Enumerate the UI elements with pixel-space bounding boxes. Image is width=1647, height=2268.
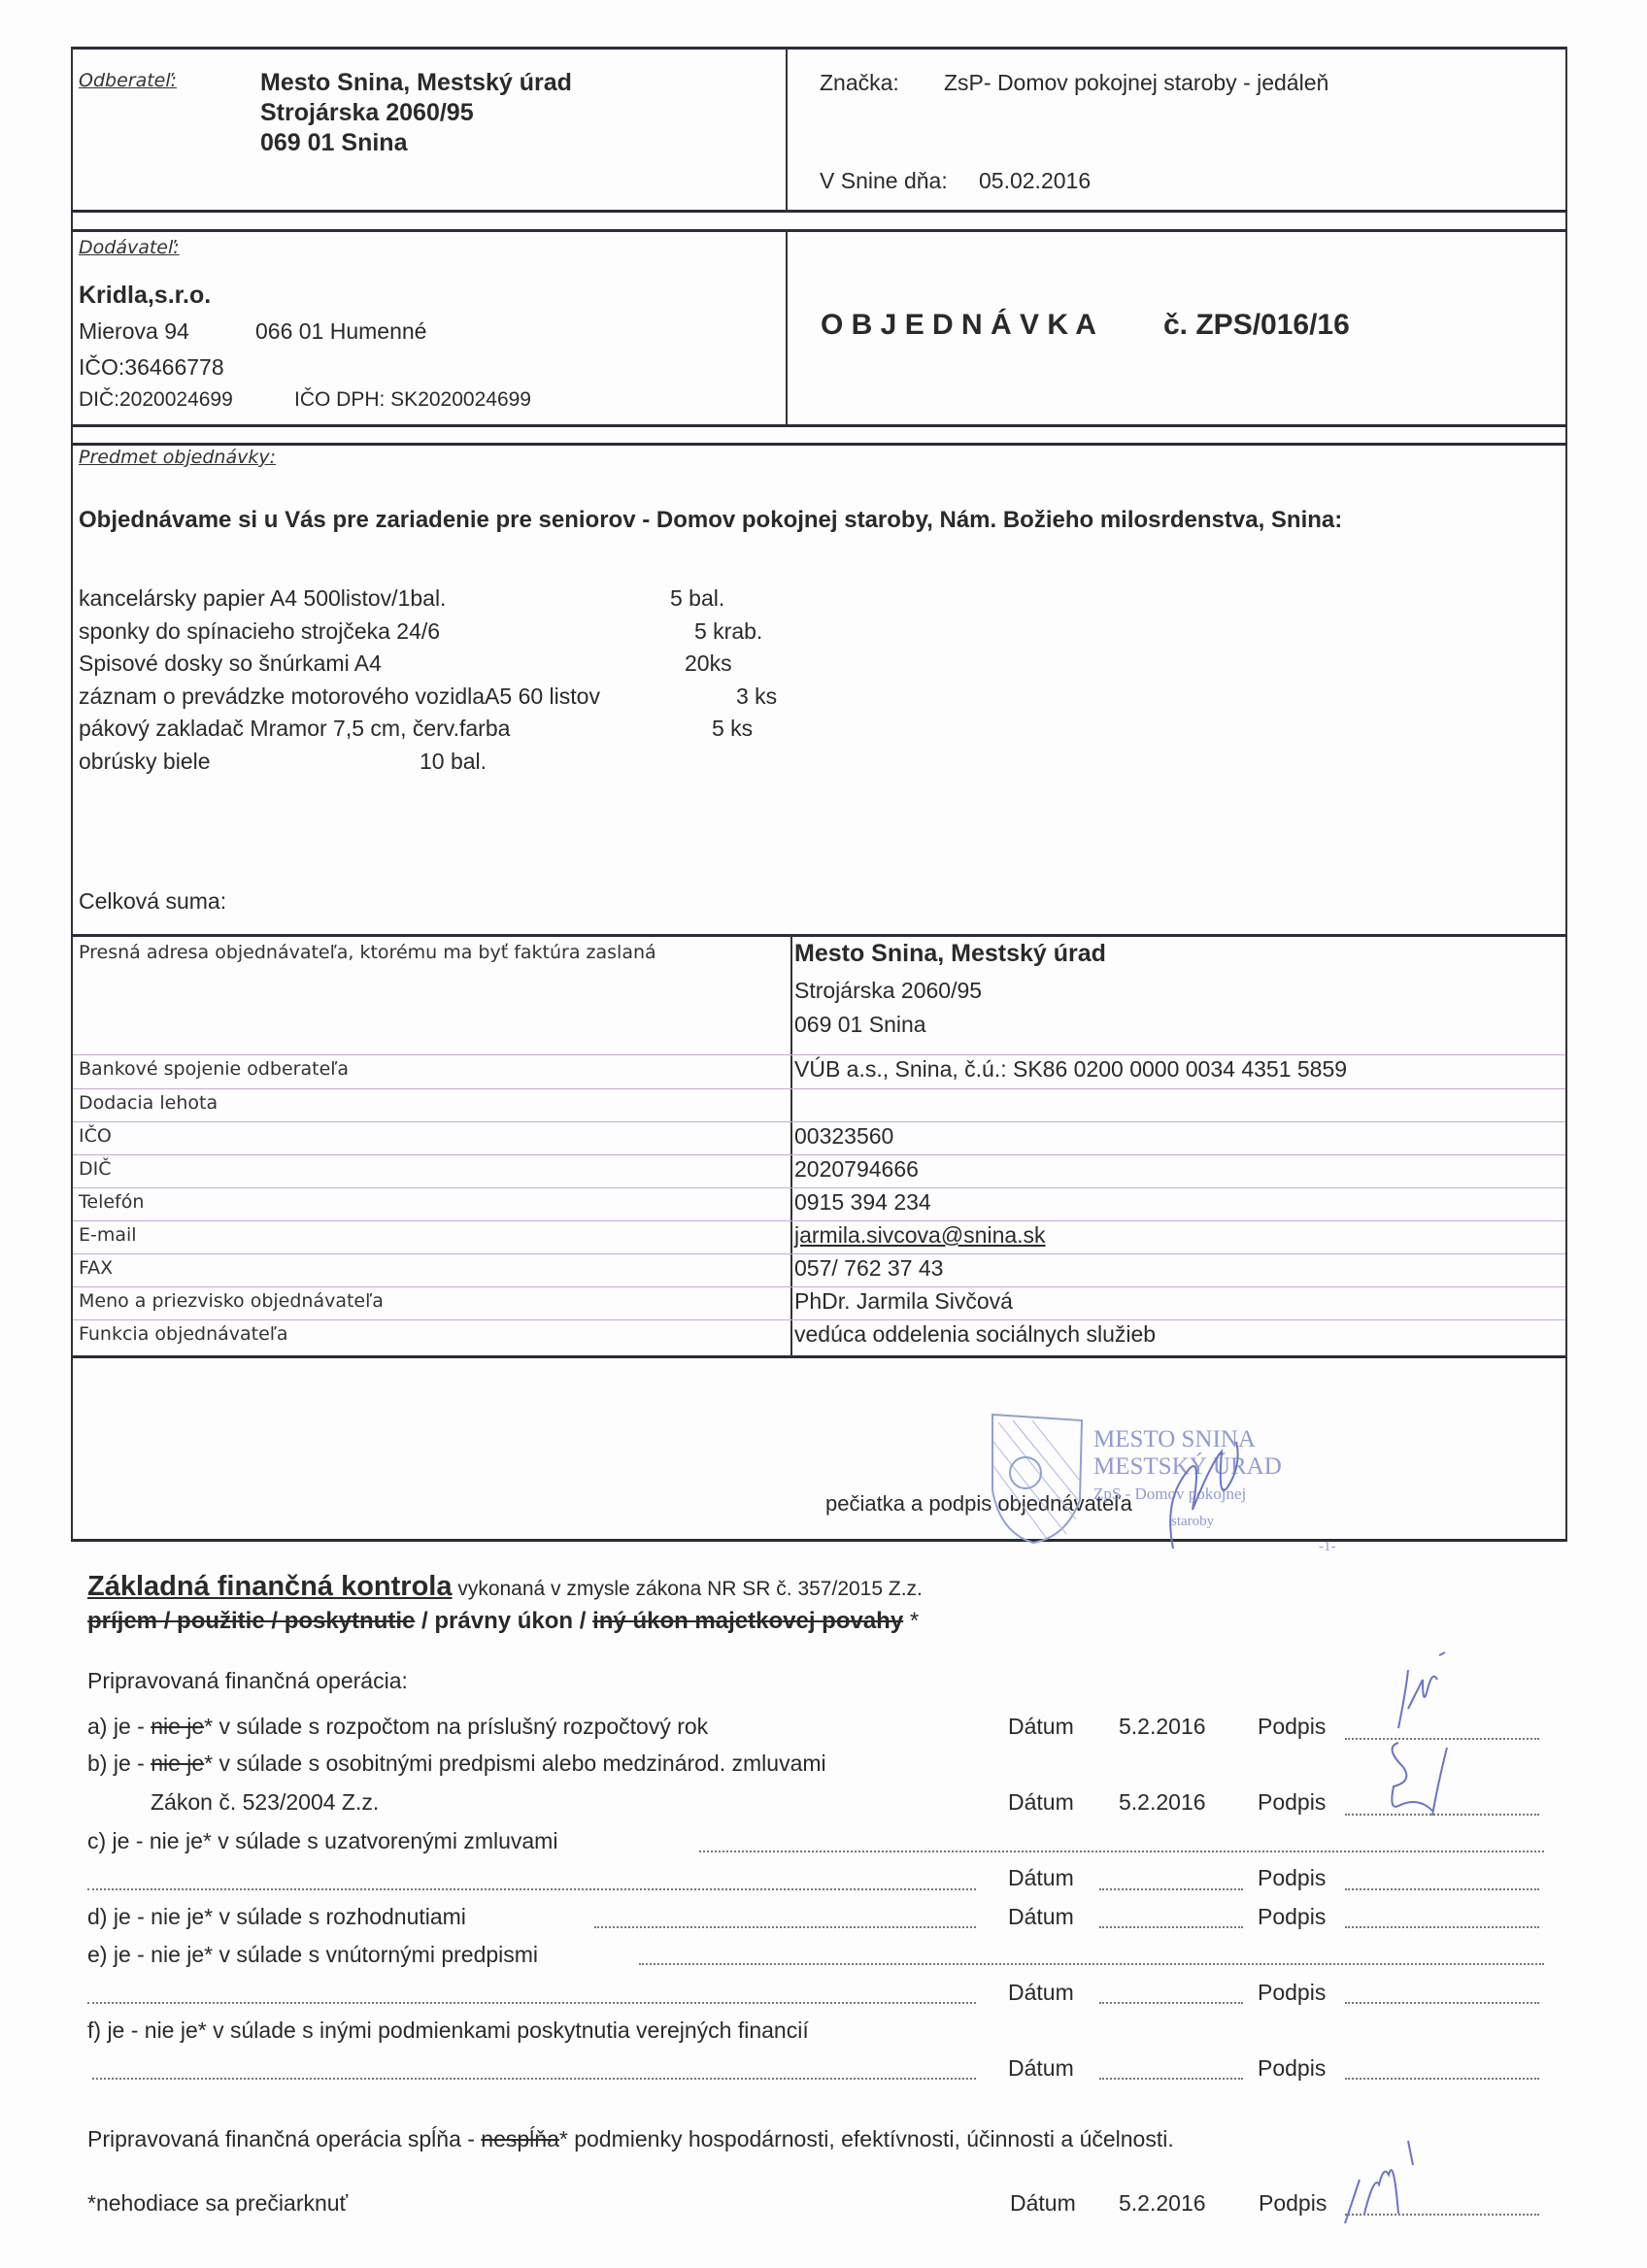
sign-label-b: Podpis xyxy=(1258,1789,1326,1816)
sign-label-d: Podpis xyxy=(1258,1904,1326,1930)
signature-icon xyxy=(1379,1738,1466,1825)
detail-value: vedúca oddelenia sociálnych služieb xyxy=(794,1321,1156,1348)
struck-text: nespĺňa xyxy=(481,2126,559,2151)
item-name: obrúsky biele xyxy=(79,749,211,775)
supplier-label: Dodávateľ: xyxy=(79,237,180,258)
control-item-f: f) je - nie je* v súlade s inými podmien… xyxy=(87,2018,809,2044)
sign-label-final: Podpis xyxy=(1259,2190,1327,2217)
item-quantity: 3 ks xyxy=(736,684,777,710)
struck-text: nie je xyxy=(151,1714,204,1739)
control-item-a: a) je - nie je* v súlade s rozpočtom na … xyxy=(87,1714,708,1740)
detail-value[interactable]: jarmila.sivcova@snina.sk xyxy=(794,1222,1046,1249)
signature-icon xyxy=(1154,1422,1270,1568)
struck-text: príjem / použitie / poskytnutie xyxy=(87,1608,415,1634)
item-text: * v súlade s osobitnými predpismi alebo … xyxy=(204,1751,825,1776)
sign-label-c: Podpis xyxy=(1258,1865,1326,1891)
item-name: Spisové dosky so šnúrkami A4 xyxy=(79,650,382,677)
item-name: pákový zakladač Mramor 7,5 cm, červ.farb… xyxy=(79,716,510,742)
total-label: Celková suma: xyxy=(79,888,226,915)
item-quantity: 5 bal. xyxy=(670,585,724,612)
date-label-final: Dátum xyxy=(1010,2190,1076,2217)
control-item-b: b) je - nie je* v súlade s osobitnými pr… xyxy=(87,1751,826,1777)
date-label-a: Dátum xyxy=(1008,1714,1074,1740)
control-item-b-law: Zákon č. 523/2004 Z.z. xyxy=(151,1789,379,1816)
control-item-e: e) je - nie je* v súlade s vnútornými pr… xyxy=(87,1942,538,1968)
control-item-d: d) je - nie je* v súlade s rozhodnutiami xyxy=(87,1904,466,1930)
signature-field-e[interactable] xyxy=(1345,2002,1539,2004)
invoice-city: 069 01 Snina xyxy=(794,1012,926,1038)
control-title: Základná finančná kontrola xyxy=(87,1571,452,1602)
control-heading: Základná finančná kontrola vykonaná v zm… xyxy=(87,1571,923,1603)
item-name: kancelársky papier A4 500listov/1bal. xyxy=(79,585,446,612)
supplier-dic: DIČ:2020024699 xyxy=(79,388,233,412)
detail-label: Dodacia lehota xyxy=(79,1092,218,1114)
signature-icon xyxy=(1379,1651,1466,1748)
customer-label: Odberateľ: xyxy=(79,70,177,91)
sign-label-a: Podpis xyxy=(1258,1714,1326,1740)
legal-act-text: / právny úkon / xyxy=(415,1608,592,1634)
item-name: sponky do spínacieho strojčeka 24/6 xyxy=(79,618,440,645)
subject-intro: Objednávame si u Vás pre zariadenie pre … xyxy=(79,507,1342,534)
item-prefix: a) je - xyxy=(87,1714,151,1739)
control-e-field-2[interactable] xyxy=(87,2002,976,2004)
final-statement: Pripravovaná finančná operácia spĺňa - n… xyxy=(87,2126,1174,2152)
date-field-f[interactable] xyxy=(1099,2078,1243,2080)
item-text: * v súlade s rozpočtom na príslušný rozp… xyxy=(204,1714,708,1739)
control-f-field[interactable] xyxy=(92,2078,976,2080)
invoice-name: Mesto Snina, Mestský úrad xyxy=(794,940,1106,968)
control-c-field[interactable] xyxy=(699,1851,1544,1852)
detail-label: Bankové spojenie odberateľa xyxy=(79,1058,349,1080)
final-prefix: Pripravovaná finančná operácia spĺňa - xyxy=(87,2126,481,2151)
date-label-e: Dátum xyxy=(1008,1980,1074,2006)
struck-text: iný úkon majetkovej povahy xyxy=(592,1608,903,1634)
signature-icon xyxy=(1340,2136,1428,2233)
control-item-c: c) je - nie je* v súlade s uzatvorenými … xyxy=(87,1828,557,1854)
detail-label: Telefón xyxy=(79,1191,144,1213)
customer-city: 069 01 Snina xyxy=(260,128,572,158)
signature-field-c[interactable] xyxy=(1345,1888,1539,1890)
date-field-c[interactable] xyxy=(1099,1888,1243,1890)
supplier-ico: IČO:36466778 xyxy=(79,354,224,381)
control-title-rest: vykonaná v zmysle zákona NR SR č. 357/20… xyxy=(452,1578,922,1600)
signature-field-d[interactable] xyxy=(1345,1926,1539,1928)
supplier-name: Kridla,s.r.o. xyxy=(79,282,211,310)
detail-value: VÚB a.s., Snina, č.ú.: SK86 0200 0000 00… xyxy=(794,1056,1347,1083)
date-label-d: Dátum xyxy=(1008,1904,1074,1930)
customer-block: Mesto Snina, Mestský úrad Strojárska 206… xyxy=(260,68,572,158)
detail-label: DIČ xyxy=(79,1158,112,1180)
control-c-field-2[interactable] xyxy=(87,1888,976,1890)
invoice-street: Strojárska 2060/95 xyxy=(794,978,982,1004)
date-label-c: Dátum xyxy=(1008,1865,1074,1891)
stamp: MESTO SNINA MESTSKÝ ÚRAD ZpS - Domov pok… xyxy=(989,1413,1396,1558)
detail-label: Meno a priezvisko objednávateľa xyxy=(79,1290,384,1312)
item-prefix: b) je - xyxy=(87,1751,151,1776)
prepared-label: Pripravovaná finančná operácia: xyxy=(87,1668,408,1694)
date-field-d[interactable] xyxy=(1099,1926,1243,1928)
item-quantity: 20ks xyxy=(685,650,732,677)
date-label-b: Dátum xyxy=(1008,1789,1074,1816)
date-value-final: 5.2.2016 xyxy=(1119,2190,1206,2217)
customer-name: Mesto Snina, Mestský úrad xyxy=(260,68,572,98)
coat-of-arms-icon xyxy=(989,1413,1086,1544)
mark-label: Značka: xyxy=(820,70,899,96)
supplier-address: Mierova 94 xyxy=(79,318,189,345)
detail-value: 2020794666 xyxy=(794,1156,919,1183)
sign-label-e: Podpis xyxy=(1258,1980,1326,2006)
signature-field-f[interactable] xyxy=(1345,2078,1539,2080)
item-quantity: 10 bal. xyxy=(420,749,487,775)
struck-text: nie je xyxy=(151,1751,204,1776)
detail-value: 00323560 xyxy=(794,1123,893,1150)
supplier-ic-dph: IČO DPH: SK2020024699 xyxy=(294,388,531,412)
control-e-field[interactable] xyxy=(639,1963,1544,1965)
item-quantity: 5 ks xyxy=(712,716,753,742)
date-value-a: 5.2.2016 xyxy=(1119,1714,1206,1740)
invoice-address-label: Presná adresa objednávateľa, ktorému ma … xyxy=(79,942,656,963)
date-label: V Snine dňa: xyxy=(820,168,948,194)
date-value-b: 5.2.2016 xyxy=(1119,1789,1206,1816)
detail-label: FAX xyxy=(79,1257,113,1279)
supplier-city: 066 01 Humenné xyxy=(255,318,426,345)
subject-label: Predmet objednávky: xyxy=(79,447,276,468)
asterisk: * xyxy=(903,1608,919,1634)
mark-value: ZsP- Domov pokojnej staroby - jedáleň xyxy=(944,70,1328,96)
footnote: *nehodiace sa prečiarknuť xyxy=(87,2190,348,2217)
item-quantity: 5 krab. xyxy=(694,618,762,645)
order-number: č. ZPS/016/16 xyxy=(1163,309,1350,342)
detail-value: 0915 394 234 xyxy=(794,1189,931,1216)
final-text: * podmienky hospodárnosti, efektívnosti,… xyxy=(559,2126,1174,2151)
detail-label: Funkcia objednávateľa xyxy=(79,1323,288,1345)
order-title: O B J E D N Á V K A xyxy=(821,309,1096,342)
stamp-page-number: -1- xyxy=(1319,1539,1336,1555)
detail-label: IČO xyxy=(79,1125,112,1147)
date-field-e[interactable] xyxy=(1099,2002,1243,2004)
date-label-f: Dátum xyxy=(1008,2055,1074,2082)
order-date: 05.02.2016 xyxy=(979,168,1091,194)
control-type-line: príjem / použitie / poskytnutie / právny… xyxy=(87,1608,919,1635)
item-name: záznam o prevádzke motorového vozidlaA5 … xyxy=(79,684,600,710)
detail-value: PhDr. Jarmila Sivčová xyxy=(794,1288,1013,1315)
customer-street: Strojárska 2060/95 xyxy=(260,98,572,128)
detail-value: 057/ 762 37 43 xyxy=(794,1255,943,1282)
detail-label: E-mail xyxy=(79,1224,137,1246)
control-d-field[interactable] xyxy=(594,1926,976,1928)
sign-label-f: Podpis xyxy=(1258,2055,1326,2082)
